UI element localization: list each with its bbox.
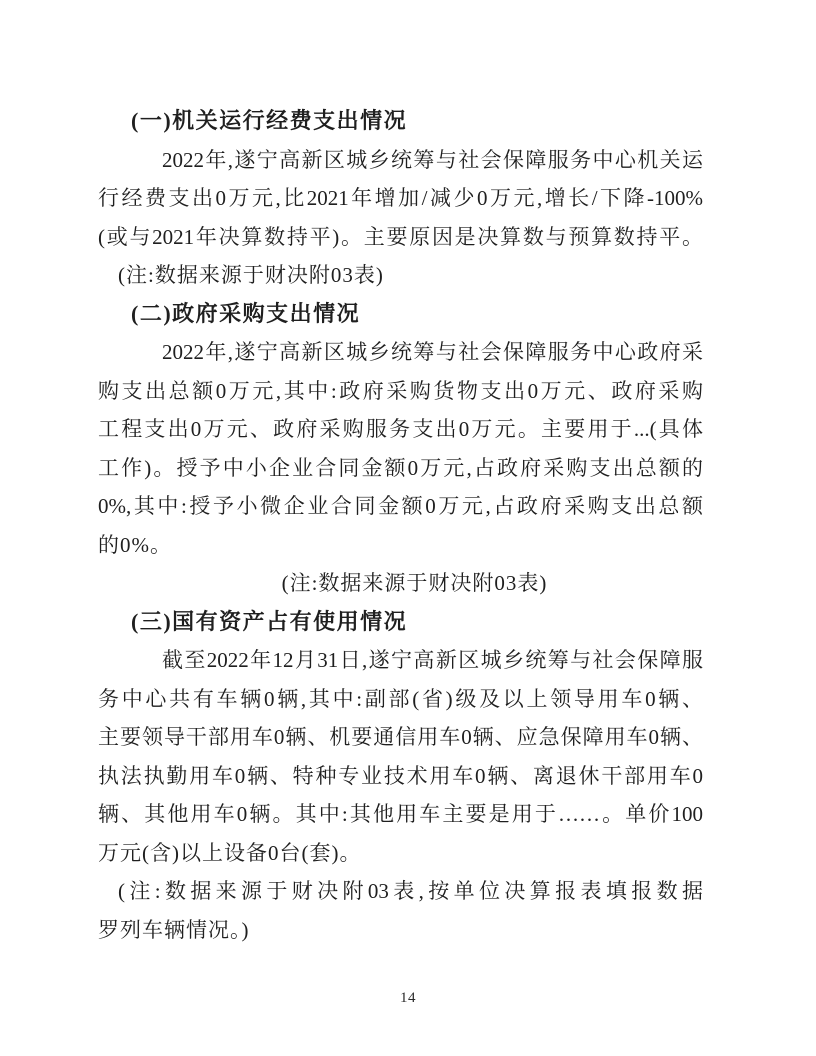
section-heading: (二)政府采购支出情况 (98, 295, 703, 334)
text-line: 务中心共有车辆0辆,其中:副部(省)级及以上领导用车0辆、 (98, 680, 703, 719)
note-line: (注:数据来源于财决附03表,按单位决算报表填报数据 (98, 872, 703, 911)
text-line: 主要领导干部用车0辆、机要通信用车0辆、应急保障用车0辆、 (98, 718, 703, 757)
text-line: 工作)。授予中小企业合同金额0万元,占政府采购支出总额的 (98, 449, 703, 488)
text-line: 执法执勤用车0辆、特种专业技术用车0辆、离退休干部用车0 (98, 757, 703, 796)
text-line: 购支出总额0万元,其中:政府采购货物支出0万元、政府采购 (98, 372, 703, 411)
text-line: 的0%。 (98, 526, 703, 565)
text-line: 截至2022年12月31日,遂宁高新区城乡统筹与社会保障服 (98, 641, 703, 680)
section-heading: (三)国有资产占有使用情况 (98, 603, 703, 642)
text-line: 行经费支出0万元,比2021年增加/减少0万元,增长/下降-100% (98, 179, 703, 218)
note-line: (注:数据来源于财决附03表) (98, 564, 703, 603)
document-page: (一)机关运行经费支出情况2022年,遂宁高新区城乡统筹与社会保障服务中心机关运… (0, 0, 816, 1056)
text-line: 2022年,遂宁高新区城乡统筹与社会保障服务中心政府采 (98, 333, 703, 372)
text-line: 万元(含)以上设备0台(套)。 (98, 834, 703, 873)
text-line: 0%,其中:授予小微企业合同金额0万元,占政府采购支出总额 (98, 487, 703, 526)
document-body: (一)机关运行经费支出情况2022年,遂宁高新区城乡统筹与社会保障服务中心机关运… (98, 102, 703, 949)
page-number: 14 (0, 990, 816, 1007)
text-line: (或与2021年决算数持平)。主要原因是决算数与预算数持平。 (98, 218, 703, 257)
text-line: 2022年,遂宁高新区城乡统筹与社会保障服务中心机关运 (98, 141, 703, 180)
section-heading: (一)机关运行经费支出情况 (98, 102, 703, 141)
text-line: 辆、其他用车0辆。其中:其他用车主要是用于……。单价100 (98, 795, 703, 834)
note-line: 罗列车辆情况。) (98, 911, 703, 950)
note-line: (注:数据来源于财决附03表) (98, 256, 703, 295)
text-line: 工程支出0万元、政府采购服务支出0万元。主要用于...(具体 (98, 410, 703, 449)
